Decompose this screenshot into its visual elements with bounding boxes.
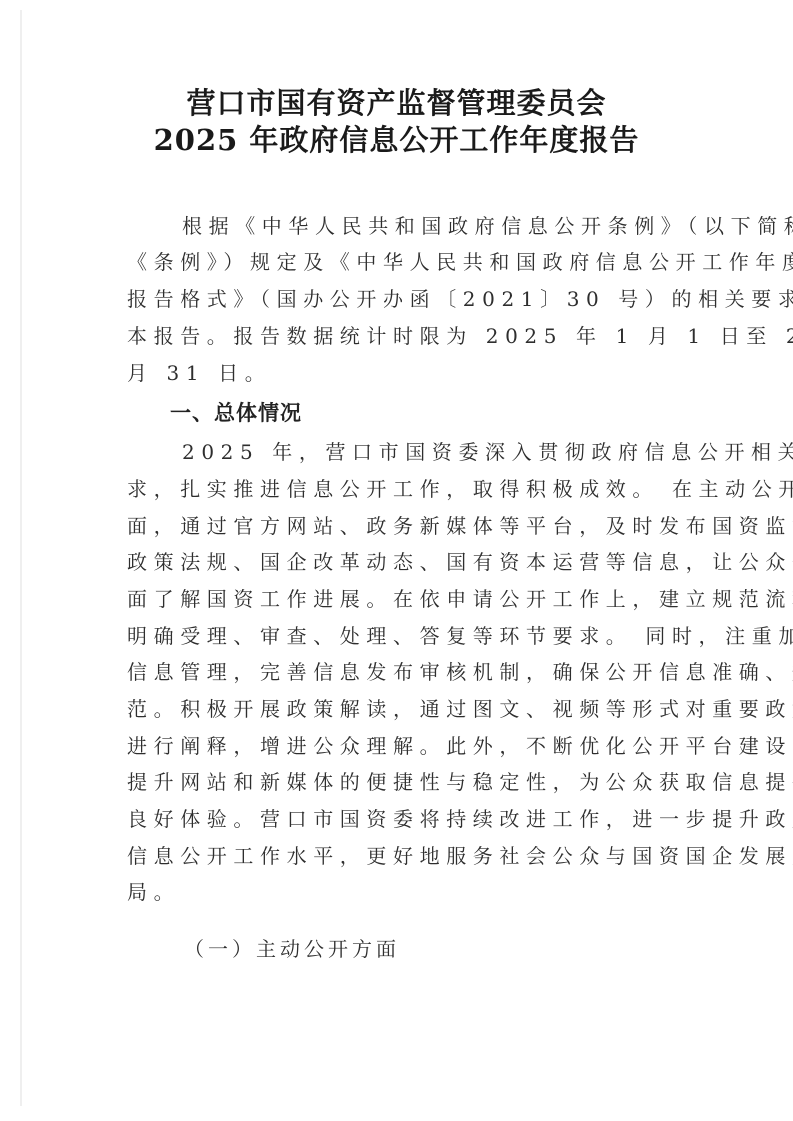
section-heading-overview: 一、总体情况 [170, 400, 302, 426]
paragraph-line: 提升网站和新媒体的便捷性与稳定性，为公众获取信息提供 [127, 769, 687, 795]
paragraph-line: 面了解国资工作进展。在依申请公开工作上，建立规范流程， [127, 586, 687, 612]
paragraph-line: 进行阐释，增进公众理解。此外，不断优化公开平台建设， [127, 733, 687, 759]
paragraph-line: 求，扎实推进信息公开工作，取得积极成效。 在主动公开方 [127, 476, 687, 502]
document-title-line-1: 营口市国有资产监督管理委员会 [0, 85, 793, 121]
subsection-heading-proactive-disclosure: （一）主动公开方面 [184, 936, 400, 962]
paragraph-line: 明确受理、审查、处理、答复等环节要求。 同时，注重加强 [127, 623, 687, 649]
paragraph-line: 良好体验。营口市国资委将持续改进工作，进一步提升政府 [127, 806, 687, 832]
paragraph-line: 2025 年，营口市国资委深入贯彻政府信息公开相关要 [182, 439, 742, 465]
paragraph-line: 根据《中华人民共和国政府信息公开条例》（以下简称 [182, 213, 742, 239]
scan-edge-artifact [20, 10, 22, 1106]
paragraph-line: 局。 [127, 879, 687, 905]
paragraph-line: 月 31 日。 [127, 360, 687, 386]
document-title-line-2: 2025 年政府信息公开工作年度报告 [0, 122, 793, 158]
paragraph-line: 面，通过官方网站、政务新媒体等平台，及时发布国资监管 [127, 513, 687, 539]
paragraph-line: 报告格式》（国办公开办函〔2021〕30 号）的相关要求编制 [127, 286, 687, 312]
paragraph-line: 《条例》）规定及《中华人民共和国政府信息公开工作年度 [127, 249, 687, 275]
paragraph-line: 范。积极开展政策解读，通过图文、视频等形式对重要政策 [127, 696, 687, 722]
paragraph-line: 本报告。报告数据统计时限为 2025 年 1 月 1 日至 2025 年 12 [127, 323, 687, 349]
paragraph-line: 信息公开工作水平，更好地服务社会公众与国资国企发展大 [127, 843, 687, 869]
paragraph-line: 信息管理，完善信息发布审核机制，确保公开信息准确、规 [127, 659, 687, 685]
paragraph-line: 政策法规、国企改革动态、国有资本运营等信息，让公众全 [127, 549, 687, 575]
